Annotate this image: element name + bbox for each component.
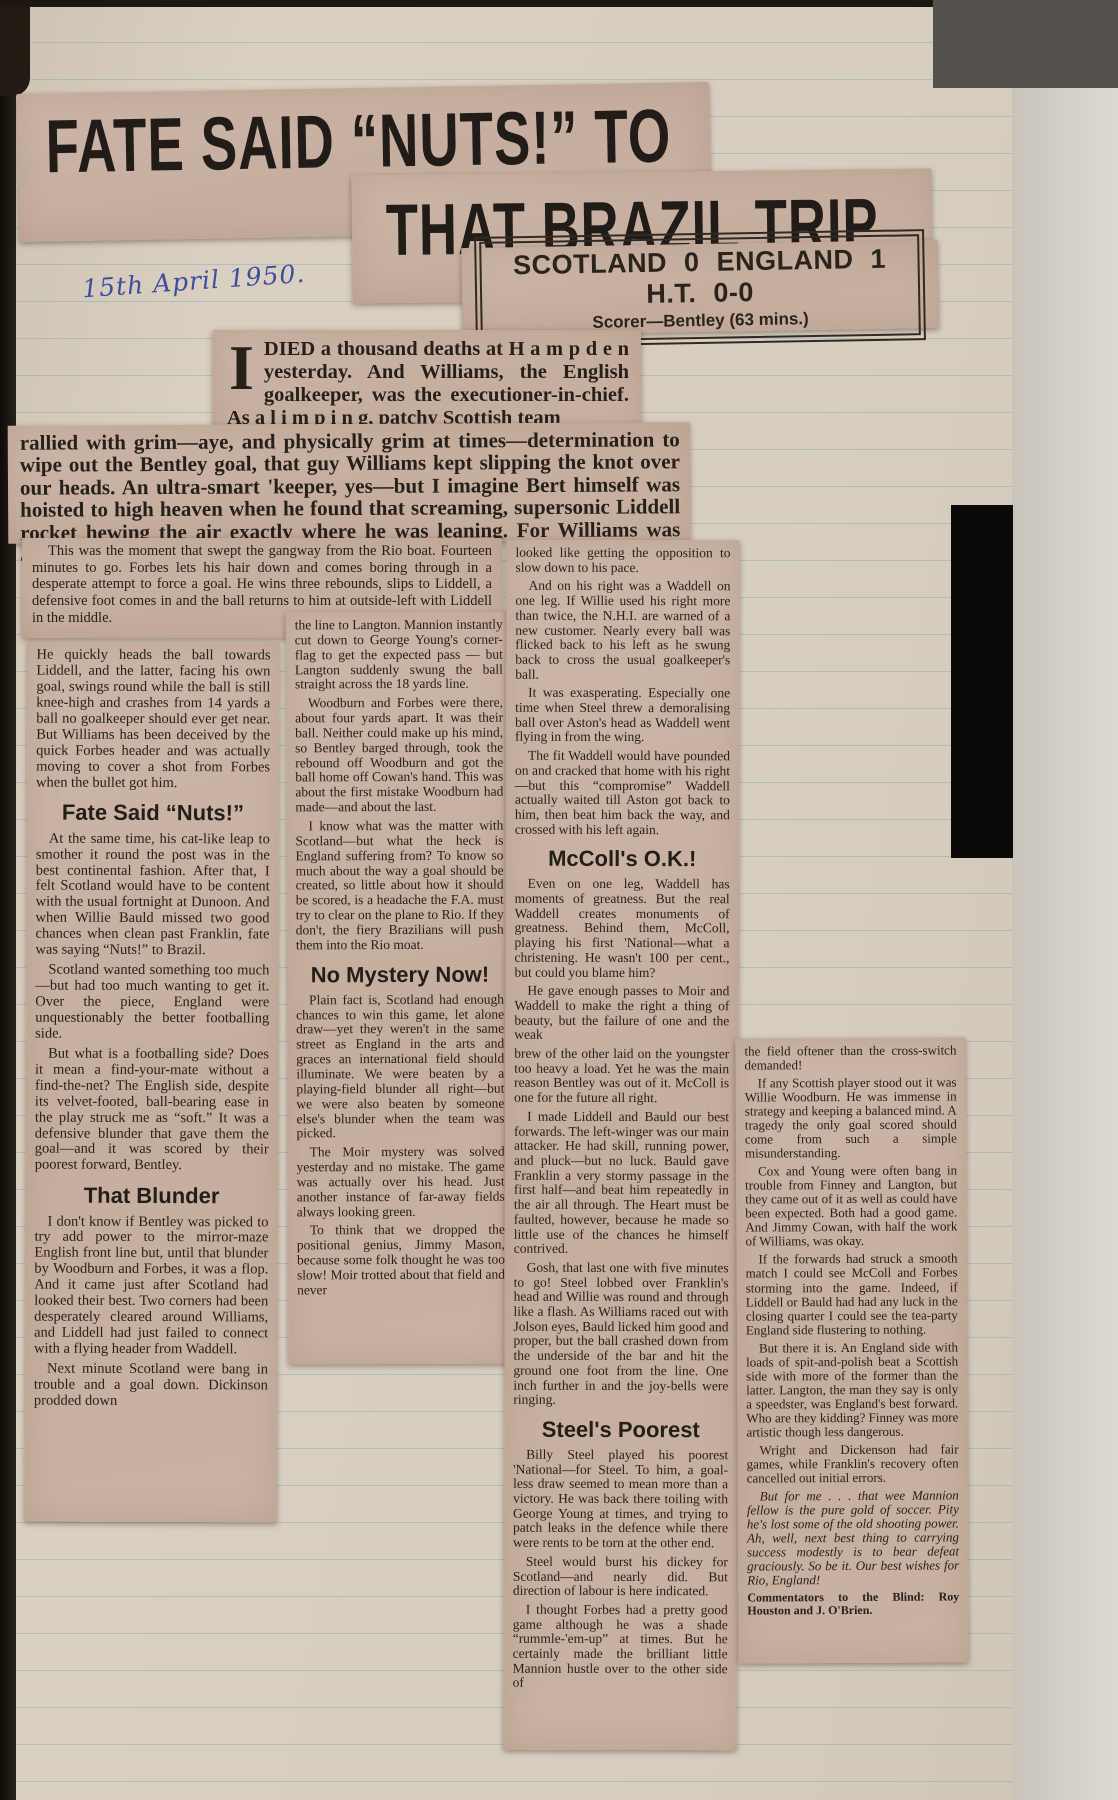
article-paragraph: If any Scottish player stood out it was … [745,1076,957,1161]
article-paragraph: I know what was the matter with Scotland… [295,819,503,953]
intro-paragraph: IDIED a thousand deaths at H a m p d e n… [227,338,629,430]
article-paragraph-italic: But for me . . . that wee Mannion fellow… [747,1488,960,1587]
section-heading-that-blunder: That Blunder [35,1184,269,1209]
photo-background-top-right [933,0,1118,88]
section-heading-fate-said-nuts: Fate Said “Nuts!” [36,801,270,826]
article-paragraph: Next minute Scotland were bang in troubl… [34,1362,268,1411]
article-paragraph: I made Liddell and Bauld our best forwar… [514,1110,729,1258]
page-corner-shadow [0,0,30,96]
lede-clipping: rallied with grim—aye, and physically gr… [8,422,691,544]
article-paragraph: And on his right was a Waddell on one le… [515,579,730,682]
article-paragraph: Steel would burst his dickey for Scotlan… [513,1555,728,1600]
article-paragraph: The Moir mystery was solved yesterday an… [297,1145,505,1220]
section-heading-no-mystery-now: No Mystery Now! [296,962,504,987]
article-column-4: the field oftener than the cross-switch … [735,1037,968,1663]
article-paragraph: brew of the other laid on the youngster … [514,1047,729,1106]
article-paragraph: looked like getting the opposition to sl… [515,546,730,576]
article-paragraph: To think that we dropped the positional … [297,1223,505,1298]
article-paragraph: Wright and Dickenson had fair games, whi… [746,1442,958,1485]
article-paragraph: Scotland wanted something too much—but h… [35,963,269,1044]
commentators-credit: Commentators to the Blind: Roy Houston a… [747,1591,959,1618]
drop-cap: I [229,342,254,393]
article-paragraph: Cox and Young were often bang in trouble… [745,1164,957,1249]
article-paragraph: Gosh, that last one with five minutes to… [513,1261,728,1409]
article-paragraph: Billy Steel played his poorest 'National… [513,1448,728,1551]
article-paragraph: He gave enough passes to Moir and Waddel… [514,984,729,1043]
article-column-3: looked like getting the opposition to sl… [503,540,739,1751]
article-paragraph: the field oftener than the cross-switch … [744,1043,956,1072]
page-right-edge [1012,88,1118,1800]
article-column-1: He quickly heads the ball towards Liddel… [24,642,279,1523]
book-binding-edge [0,0,16,1800]
article-paragraph: I thought Forbes had a pretty good game … [513,1603,728,1692]
article-paragraph: the line to Langton. Mannion instantly c… [295,618,503,693]
section-heading-mccolls-ok: McColl's O.K.! [515,847,730,872]
section-heading-steels-poorest: Steel's Poorest [513,1418,728,1443]
intro-text: DIED a thousand deaths at H a m p d e n … [227,338,629,429]
article-paragraph: Plain fact is, Scotland had enough chanc… [296,992,505,1141]
photo-background-right [951,505,1013,858]
scrapbook-page-photo: { "headline": { "line1": "FATE SAID “NUT… [0,0,1118,1800]
article-paragraph: If the forwards had struck a smooth matc… [745,1252,957,1337]
article-paragraph: But what is a footballing side? Does it … [35,1046,269,1174]
article-paragraph: At the same time, his cat-like leap to s… [35,831,269,959]
score-result: SCOTLAND 0 ENGLAND 1 H.T. 0-0 [487,243,912,312]
article-paragraph: The fit Waddell would have pounded on an… [515,749,730,838]
article-paragraph: Woodburn and Forbes were there, about fo… [295,696,503,815]
article-column-2: the line to Langton. Mannion instantly c… [286,612,515,1365]
scorebox-clipping: SCOTLAND 0 ENGLAND 1 H.T. 0-0 Scorer—Ben… [461,240,938,336]
article-paragraph: He quickly heads the ball towards Liddel… [36,648,270,792]
article-paragraph: Even on one leg, Waddell has moments of … [514,877,729,980]
article-paragraph: I don't know if Bentley was picked to tr… [34,1214,268,1358]
article-paragraph: But there it is. An England side with lo… [746,1340,959,1439]
scorebox-frame: SCOTLAND 0 ENGLAND 1 H.T. 0-0 Scorer—Ben… [479,234,921,343]
article-paragraph: It was exasperating. Especially one time… [515,686,730,745]
